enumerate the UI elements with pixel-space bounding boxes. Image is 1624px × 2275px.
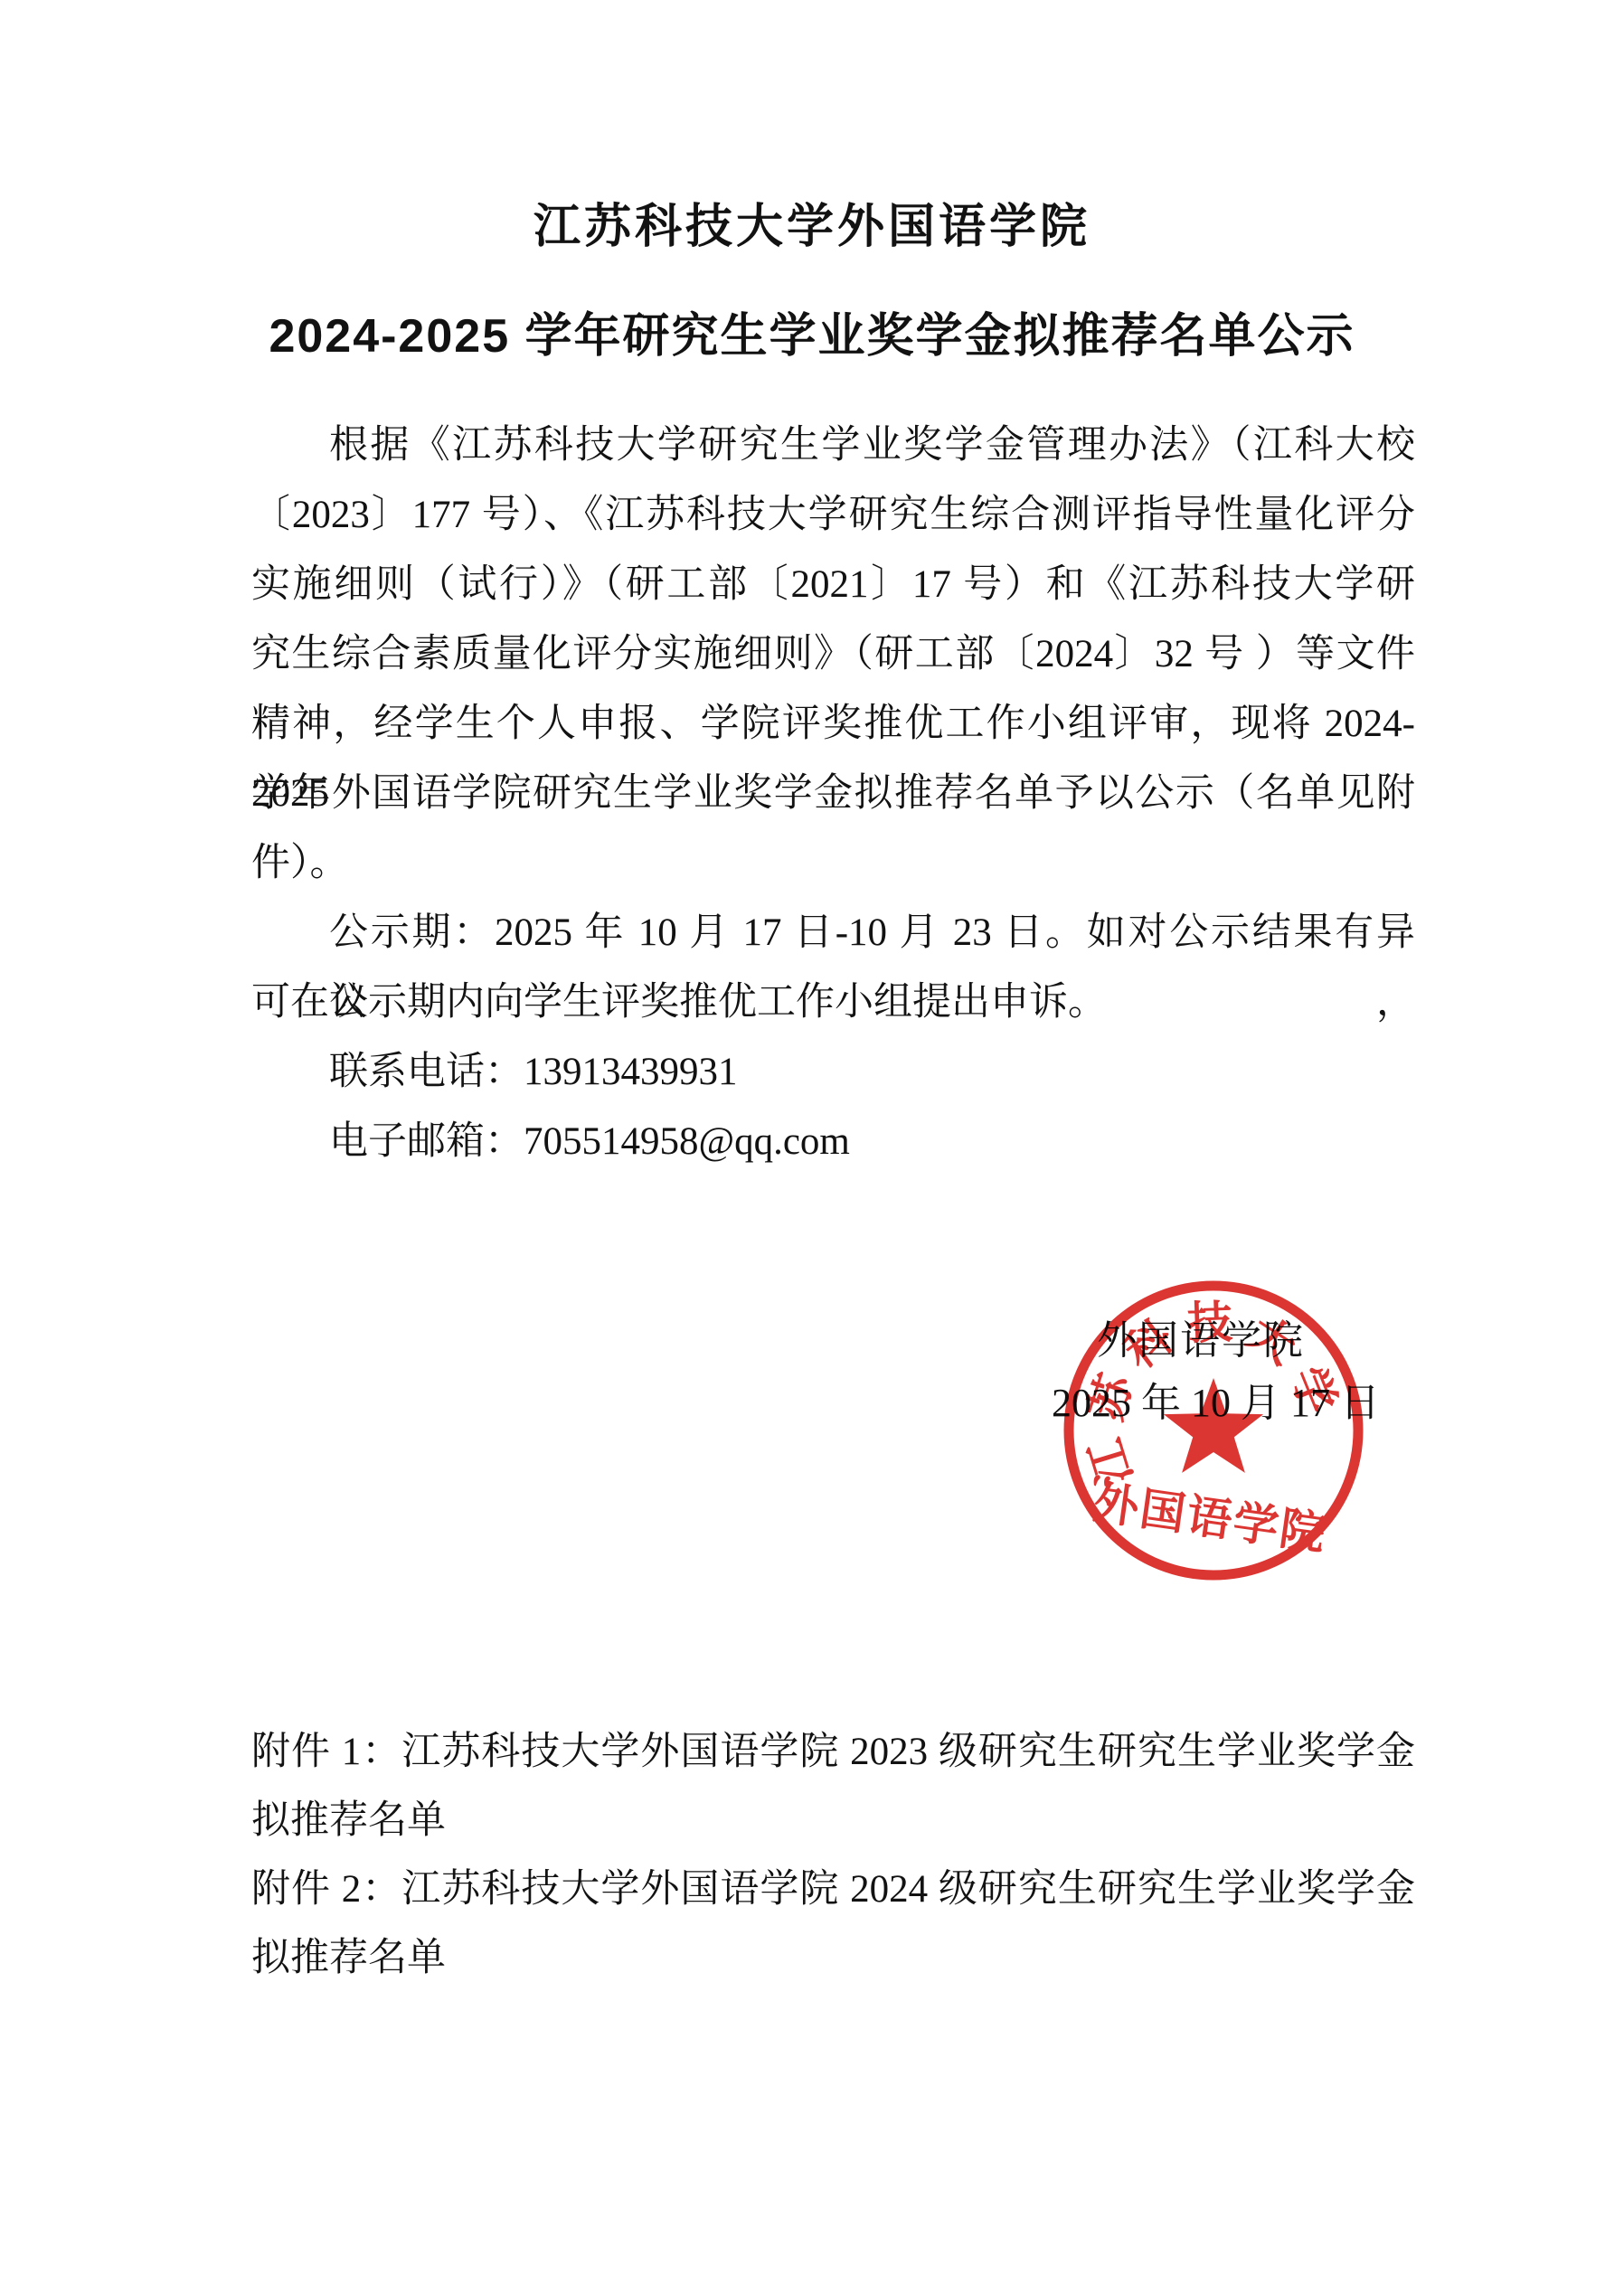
attachment-1-line: 附件 1：江苏科技大学外国语学院 2023 级研究生研究生学业奖学金 [251, 1718, 1415, 1787]
document-title: 江苏科技大学外国语学院 [0, 202, 1624, 252]
signature-date: 2025 年 10 月 17 日 [1052, 1382, 1380, 1425]
document-subtitle: 2024-2025 学年研究生学业奖学金拟推荐名单公示 [0, 311, 1624, 362]
body-line: 公示期：2025 年 10 月 17 日-10 月 23 日。如对公示结果有异议… [251, 898, 1415, 968]
attachment-2-continuation: 拟推荐名单 [251, 1924, 1415, 1993]
signature-organization: 外国语学院 [1097, 1319, 1305, 1363]
attachments-block: 附件 1：江苏科技大学外国语学院 2023 级研究生研究生学业奖学金 拟推荐名单… [251, 1718, 1415, 1993]
contact-phone-line: 联系电话：13913439931 [251, 1037, 1415, 1107]
body-line: 精神，经学生个人申报、学院评奖推优工作小组评审，现将 2024-2025 [251, 689, 1415, 759]
official-seal-stamp: 江 苏 科 技 大 学 外国语学院 [1042, 1259, 1385, 1602]
body-line: 实施细则（试行）》（研工部〔2021〕17 号）和《江苏科技大学研 [251, 550, 1415, 619]
attachment-2-line: 附件 2：江苏科技大学外国语学院 2024 级研究生研究生学业奖学金 [251, 1855, 1415, 1924]
body-line: 件）。 [251, 828, 1415, 898]
scanned-announcement-page: 江苏科技大学外国语学院 2024-2025 学年研究生学业奖学金拟推荐名单公示 … [0, 0, 1624, 2275]
body-line: 学年外国语学院研究生学业奖学金拟推荐名单予以公示（名单见附 [251, 759, 1415, 828]
seal-bottom-text: 外国语学院 [1091, 1477, 1330, 1560]
body-line: 根据《江苏科技大学研究生学业奖学金管理办法》（江科大校 [251, 411, 1415, 480]
contact-email-line: 电子邮箱：705514958@qq.com [251, 1107, 1415, 1176]
seal-arc-char: 江 [1080, 1433, 1141, 1491]
attachment-1-continuation: 拟推荐名单 [251, 1787, 1415, 1855]
body-line: 究生综合素质量化评分实施细则》（研工部〔2024〕32 号 ）等文件 [251, 619, 1415, 689]
body-text-block: 根据《江苏科技大学研究生学业奖学金管理办法》（江科大校 〔2023〕177 号）… [251, 411, 1415, 1176]
body-line: 〔2023〕177 号）、《江苏科技大学研究生综合测评指导性量化评分 [251, 480, 1415, 550]
